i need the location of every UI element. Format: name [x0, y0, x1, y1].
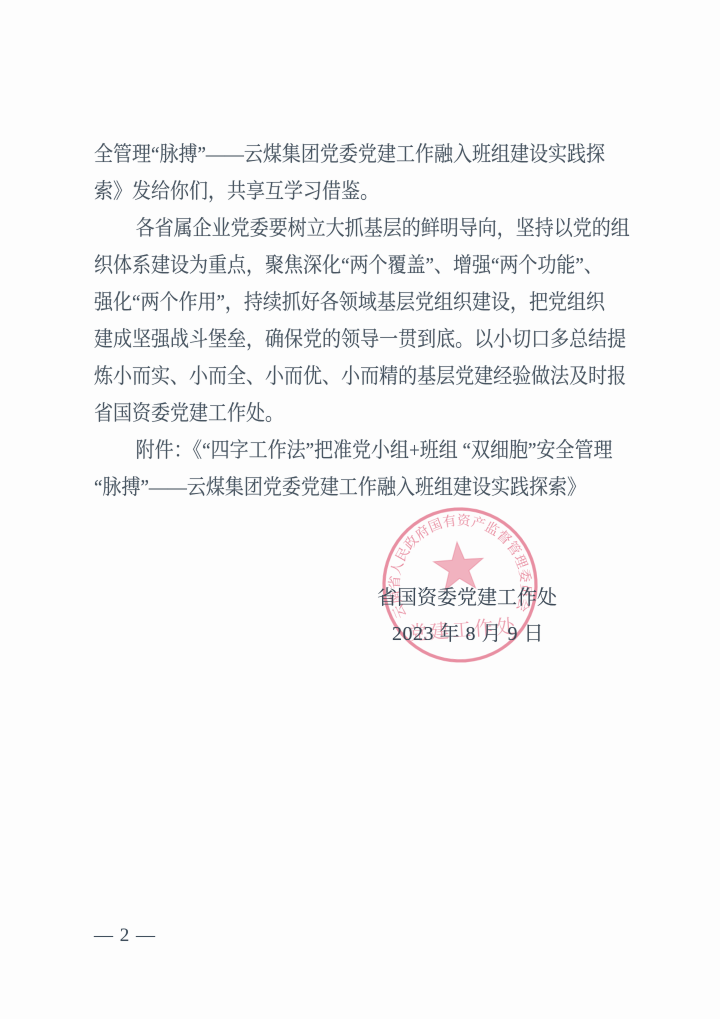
- text-line: 强化“两个作用”，持续抓好各领域基层党组织建设，把党组织: [94, 284, 630, 321]
- signature-office: 省国资委党建工作处: [377, 581, 557, 610]
- text-line: 炼小而实、小而全、小而优、小而精的基层党建经验做法及时报: [94, 358, 630, 395]
- page-number: — 2 —: [94, 925, 156, 947]
- text-line: 建成坚强战斗堡垒，确保党的领导一贯到底。以小切口多总结提: [94, 321, 630, 358]
- text-line: 索》发给你们，共享互学习借鉴。: [94, 173, 630, 210]
- text-line: 附件：《“四字工作法”把准党小组+班组 “双细胞”安全管理: [94, 432, 630, 469]
- text-line: 各省属企业党委要树立大抓基层的鲜明导向，坚持以党的组: [94, 210, 630, 247]
- text-line: “脉搏”——云煤集团党委党建工作融入班组建设实践探索》: [94, 469, 630, 506]
- document-page: 全管理“脉搏”——云煤集团党委党建工作融入班组建设实践探索》发给你们，共享互学习…: [0, 0, 720, 1019]
- text-line: 省国资委党建工作处。: [94, 395, 630, 432]
- text-line: 全管理“脉搏”——云煤集团党委党建工作融入班组建设实践探: [94, 136, 630, 173]
- signature-date: 2023 年 8 月 9 日: [392, 617, 544, 646]
- text-line: 织体系建设为重点，聚焦深化“两个覆盖”、增强“两个功能”、: [94, 247, 630, 284]
- body-text: 全管理“脉搏”——云煤集团党委党建工作融入班组建设实践探索》发给你们，共享互学习…: [94, 136, 630, 506]
